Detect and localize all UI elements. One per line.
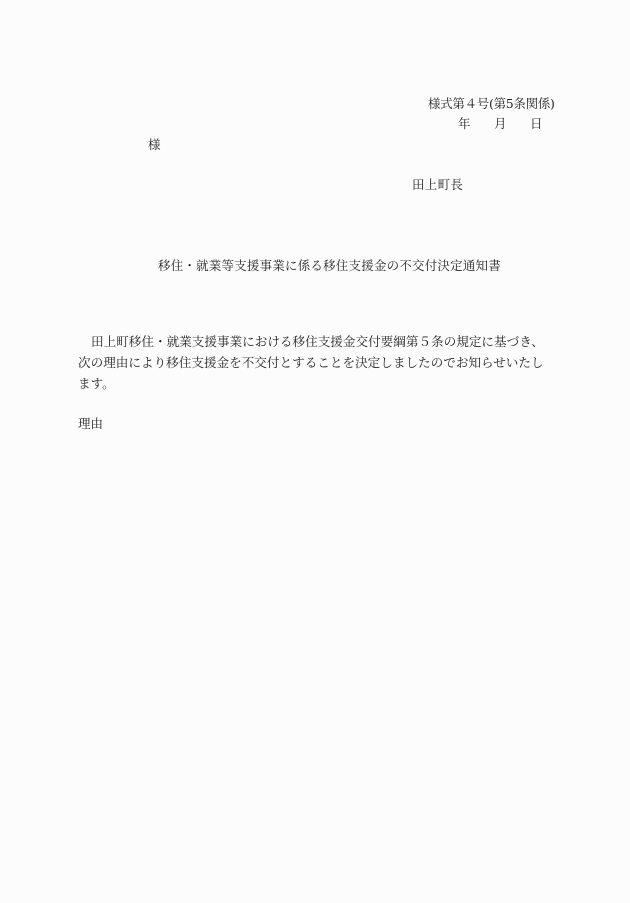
- form-number: 様式第４号(第5条関係): [428, 97, 555, 111]
- body-paragraph: 田上町移住・就業支援事業における移住支援金交付要綱第５条の規定に基づき、次の理由…: [78, 331, 548, 394]
- recipient-suffix: 様: [148, 138, 161, 152]
- document-title: 移住・就業等支援事業に係る移住支援金の不交付決定通知書: [158, 259, 501, 273]
- date-day-label: 日: [530, 117, 543, 131]
- reason-label: 理由: [78, 417, 103, 431]
- date-year-label: 年: [458, 117, 471, 131]
- sender-name: 田上町長: [412, 178, 463, 192]
- date-month-label: 月: [494, 117, 507, 131]
